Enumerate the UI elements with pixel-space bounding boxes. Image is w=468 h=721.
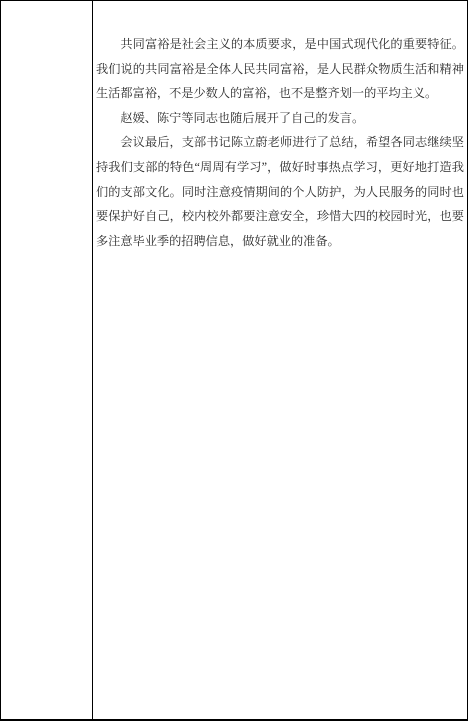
minutes-table: 共同富裕是社会主义的本质要求，是中国式现代化的重要特征。我们说的共同富裕是全体人…: [0, 0, 468, 721]
paragraph-common-prosperity: 共同富裕是社会主义的本质要求，是中国式现代化的重要特征。我们说的共同富裕是全体人…: [96, 32, 464, 106]
table-cell-content: 共同富裕是社会主义的本质要求，是中国式现代化的重要特征。我们说的共同富裕是全体人…: [93, 1, 467, 719]
document-page: 共同富裕是社会主义的本质要求，是中国式现代化的重要特征。我们说的共同富裕是全体人…: [0, 0, 468, 721]
table-cell-left-empty: [1, 1, 93, 719]
paragraph-member-speeches: 赵媛、陈宁等同志也随后展开了自己的发言。: [96, 106, 464, 131]
paragraph-secretary-summary: 会议最后，支部书记陈立蔚老师进行了总结，希望各同志继续坚持我们支部的特色“周周有…: [96, 130, 464, 253]
